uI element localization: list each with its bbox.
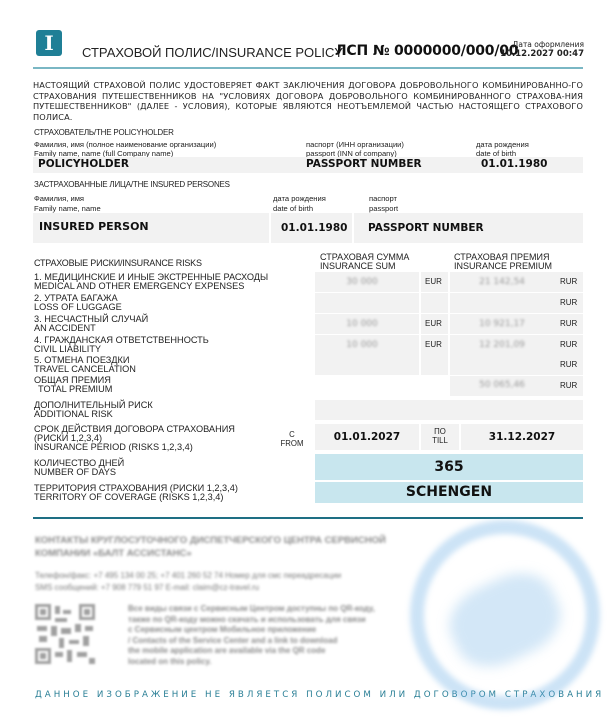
- intro-text: НАСТОЯЩИЙ СТРАХОВОЙ ПОЛИС УДОСТОВЕРЯЕТ Ф…: [33, 80, 583, 122]
- risk-premium-currency: RUR: [560, 277, 577, 286]
- contacts-title: КОНТАКТЫ КРУГЛОСУТОЧНОГО ДИСПЕТЧЕРСКОГО …: [35, 534, 386, 560]
- qr-text-line: с Сервисным центром Мобильное приложение: [128, 625, 375, 636]
- from-date: 01.01.2027: [315, 431, 419, 443]
- risk-label-en: AN ACCIDENT: [34, 324, 148, 333]
- additional-risk-label: ДОПОЛНИТЕЛЬНЫЙ РИСК ADDITIONAL RISK: [34, 401, 153, 419]
- insured-name-label: Фамилия, имя Family name, name: [34, 194, 101, 214]
- territory-label-en: TERRITORY OF COVERAGE (RISKS 1,2,3,4): [34, 493, 238, 502]
- total-premium-currency: RUR: [560, 381, 577, 390]
- policy-number: ЛСП № 0000000/000/00: [335, 43, 518, 59]
- policyholder-section-label: СТРАХОВАТЕЛЬ/THE POLICYHOLDER: [34, 128, 174, 137]
- premium-header-en: INSURANCE PREMIUM: [454, 262, 552, 271]
- policyholder-name: POLICYHOLDER: [38, 158, 129, 170]
- phones-line-2: SMS сообщений: +7 908 779 51 97 E-mail: …: [35, 582, 341, 594]
- risk-premium-value: 21 142,54: [452, 277, 552, 287]
- risk-premium-value: 12 201,09: [452, 340, 552, 350]
- risk-premium-currency: RUR: [560, 360, 577, 369]
- company-logo-icon: I: [36, 30, 62, 56]
- insurance-period-label: СРОК ДЕЙСТВИЯ ДОГОВОРА СТРАХОВАНИЯ (РИСК…: [34, 425, 235, 452]
- name-label-ru: Фамилия, имя: [34, 194, 101, 204]
- policyholder-passport: PASSPORT NUMBER: [306, 158, 422, 170]
- header-divider: [33, 67, 583, 69]
- qr-text-line: located on this policy.: [128, 657, 375, 668]
- insurance-sum-header: СТРАХОВАЯ СУММА INSURANCE SUM: [320, 253, 409, 271]
- days-label-en: NUMBER OF DAYS: [34, 468, 124, 477]
- risk-label: 5. ОТМЕНА ПОЕЗДКИTRAVEL CANCELATION: [34, 356, 136, 374]
- risk-label: 2. УТРАТА БАГАЖАLOSS OF LUGGAGE: [34, 294, 122, 312]
- till-label-en: TILL: [421, 437, 459, 446]
- disclaimer-text: ДАННОЕ ИЗОБРАЖЕНИЕ НЕ ЯВЛЯЕТСЯ ПОЛИСОМ И…: [35, 690, 583, 700]
- company-stamp-icon: [410, 520, 600, 710]
- risk-premium-currency: RUR: [560, 340, 577, 349]
- risk-label: 1. МЕДИЦИНСКИЕ И ИНЫЕ ЭКСТРЕННЫЕ РАСХОДЫ…: [34, 273, 268, 291]
- qr-description: Все виды связи с Сервисным Центром досту…: [128, 604, 375, 667]
- document-title: СТРАХОВОЙ ПОЛИС/INSURANCE POLICY: [82, 45, 343, 60]
- from-label-en: FROM: [280, 440, 304, 449]
- risk-premium-currency: RUR: [560, 319, 577, 328]
- qr-text-line: the mobile application are available via…: [128, 646, 375, 657]
- issue-date-block: Дата оформления 10.12.2027 00:47: [500, 40, 584, 59]
- risk-label-en: TRAVEL CANCELATION: [34, 365, 136, 374]
- period-label-en: INSURANCE PERIOD (RISKS 1,2,3,4): [34, 443, 235, 452]
- risk-premium-currency: RUR: [560, 298, 577, 307]
- risk-sum-currency-cell: [421, 293, 448, 313]
- policyholder-dob: 01.01.1980: [481, 158, 547, 170]
- insured-dob-label: дата рождения date of birth: [273, 194, 326, 214]
- policyholder-passport-label: паспорт (ИНН организации) passport (INN …: [306, 141, 404, 158]
- total-premium-value: 50 065,46: [452, 380, 552, 390]
- qr-code-icon[interactable]: [35, 604, 95, 664]
- qr-text-line: Все виды связи с Сервисным Центром досту…: [128, 604, 375, 615]
- risk-sum-currency: EUR: [425, 277, 442, 286]
- issue-date-value: 10.12.2027 00:47: [500, 49, 584, 59]
- till-date: 31.12.2027: [461, 431, 583, 443]
- policyholder-name-label: Фамилия, имя (полное наименование органи…: [34, 141, 216, 158]
- risk-sum-cell: [315, 293, 419, 313]
- territory-value: SCHENGEN: [315, 482, 583, 503]
- risk-sum-value: 10 000: [317, 319, 407, 329]
- additional-label-en: ADDITIONAL RISK: [34, 410, 153, 419]
- policyholder-dob-label: дата рождения date of birth: [476, 141, 529, 158]
- additional-risk-cell: [315, 400, 583, 420]
- qr-text-line: / Contacts of the Service Center and a l…: [128, 636, 375, 647]
- insured-passport-label: паспорт passport: [369, 194, 398, 214]
- number-of-days-value: 365: [315, 454, 583, 480]
- insurance-premium-header: СТРАХОВАЯ ПРЕМИЯ INSURANCE PREMIUM: [454, 253, 552, 271]
- risk-label-en: MEDICAL AND OTHER EMERGENCY EXPENSES: [34, 282, 268, 291]
- total-premium-label: ОБЩАЯ ПРЕМИЯ TOTAL PREMIUM: [34, 376, 112, 394]
- risk-label: 4. ГРАЖДАНСКАЯ ОТВЕТСТВЕННОСТЬCIVIL LIAB…: [34, 336, 209, 354]
- risk-sum-value: 30 000: [317, 277, 407, 287]
- stamp-center-icon: [438, 561, 572, 680]
- contacts-title-line-2: КОМПАНИИ «БАЛТ АССИСТАНС»: [35, 547, 386, 560]
- insured-section-label: ЗАСТРАХОВАННЫЕ ЛИЦА/THE INSURED PERSONES: [34, 180, 230, 189]
- risk-label-en: LOSS OF LUGGAGE: [34, 303, 122, 312]
- territory-label: ТЕРРИТОРИЯ СТРАХОВАНИЯ (РИСКИ 1,2,3,4) T…: [34, 484, 238, 502]
- number-of-days-label: КОЛИЧЕСТВО ДНЕЙ NUMBER OF DAYS: [34, 459, 124, 477]
- risk-sum-value: 10 000: [317, 340, 407, 350]
- insured-dob: 01.01.1980: [281, 222, 347, 234]
- sum-header-en: INSURANCE SUM: [320, 262, 409, 271]
- risk-sum-currency-cell: [421, 355, 448, 375]
- passport-label-ru: паспорт: [369, 194, 398, 204]
- qr-text-line: также по QR-коду можно скачать и использ…: [128, 615, 375, 626]
- total-label-en: TOTAL PREMIUM: [34, 385, 112, 394]
- footer-divider: [33, 517, 583, 519]
- risk-label-en: CIVIL LIABILITY: [34, 345, 209, 354]
- issue-date-label: Дата оформления: [500, 40, 584, 49]
- dob-label-ru: дата рождения: [273, 194, 326, 204]
- risk-sum-currency: EUR: [425, 319, 442, 328]
- insurance-policy-document: I СТРАХОВОЙ ПОЛИС/INSURANCE POLICY ЛСП №…: [0, 0, 614, 721]
- risk-premium-value: 10 921,17: [452, 319, 552, 329]
- risk-sum-cell: [315, 355, 419, 375]
- insured-passport: PASSPORT NUMBER: [368, 222, 484, 234]
- risks-section-label: СТРАХОВЫЕ РИСКИ/INSURANCE RISKS: [34, 258, 202, 268]
- risk-label: 3. НЕСЧАСТНЫЙ СЛУЧАЙAN ACCIDENT: [34, 315, 148, 333]
- phones-line-1: Телефон/факс: +7 495 134 00 25; +7 401 2…: [35, 570, 341, 582]
- from-label: С FROM: [280, 431, 304, 448]
- till-label: ПО TILL: [421, 428, 459, 445]
- risk-sum-currency: EUR: [425, 340, 442, 349]
- contact-phones: Телефон/факс: +7 495 134 00 25; +7 401 2…: [35, 570, 341, 594]
- contacts-title-line-1: КОНТАКТЫ КРУГЛОСУТОЧНОГО ДИСПЕТЧЕРСКОГО …: [35, 534, 386, 547]
- insured-name: INSURED PERSON: [39, 220, 149, 233]
